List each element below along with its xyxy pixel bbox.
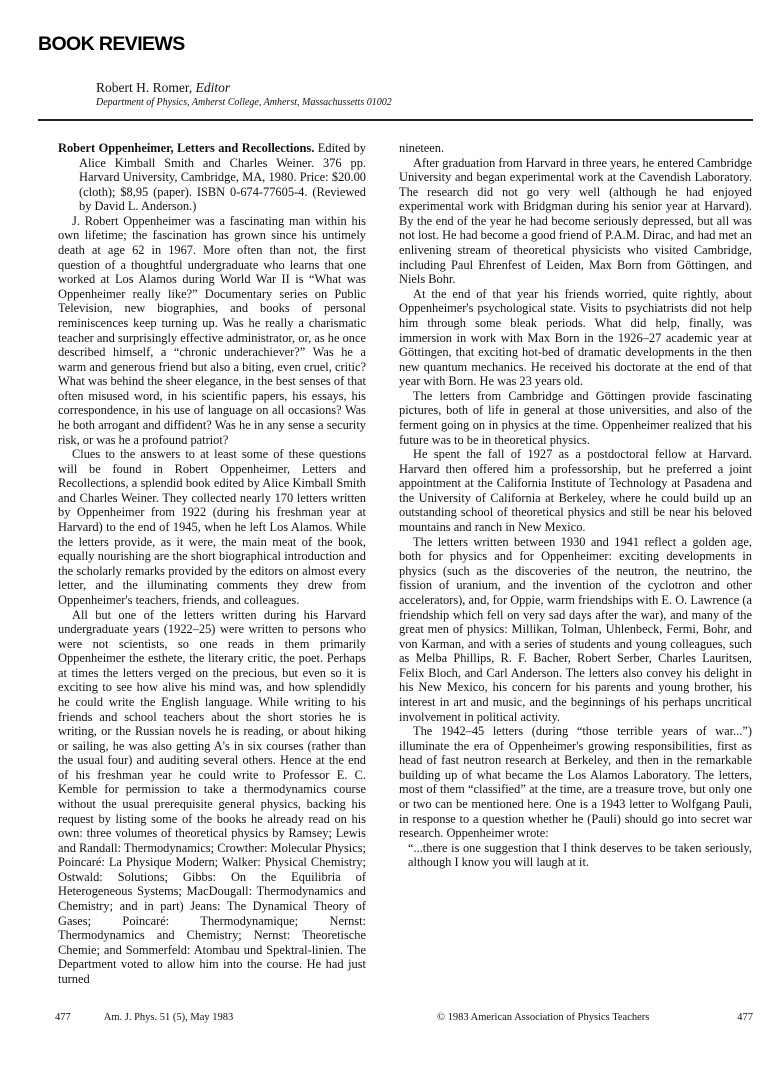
review-paragraph: J. Robert Oppenheimer was a fascinating … xyxy=(58,214,366,447)
review-paragraph: The letters written between 1930 and 194… xyxy=(399,535,752,725)
copyright-notice: © 1983 American Association of Physics T… xyxy=(437,1012,649,1023)
editor-line: Robert H. Romer, Editor xyxy=(96,80,230,96)
page-number-left: 477 xyxy=(55,1012,71,1023)
review-paragraph: All but one of the letters written durin… xyxy=(58,608,366,987)
review-paragraph: The 1942–45 letters (during “those terri… xyxy=(399,724,752,841)
block-quote: “...there is one suggestion that I think… xyxy=(399,841,752,870)
editor-role: Editor xyxy=(196,80,231,95)
review-paragraph: After graduation from Harvard in three y… xyxy=(399,156,752,287)
right-column: nineteen. After graduation from Harvard … xyxy=(399,141,752,870)
review-paragraph-continued: nineteen. xyxy=(399,141,752,156)
review-paragraph: He spent the fall of 1927 as a postdocto… xyxy=(399,447,752,534)
footer-right: © 1983 American Association of Physics T… xyxy=(437,1012,753,1023)
review-paragraph: The letters from Cambridge and Göttingen… xyxy=(399,389,752,447)
header-divider xyxy=(38,119,753,121)
book-heading: Robert Oppenheimer, Letters and Recollec… xyxy=(58,141,366,214)
review-paragraph: Clues to the answers to at least some of… xyxy=(58,447,366,607)
editor-department: Department of Physics, Amherst College, … xyxy=(96,97,392,108)
left-column: Robert Oppenheimer, Letters and Recollec… xyxy=(58,141,366,987)
editor-name: Robert H. Romer, xyxy=(96,80,196,95)
review-paragraph: At the end of that year his friends worr… xyxy=(399,287,752,389)
book-title: Robert Oppenheimer, Letters and Recollec… xyxy=(58,141,314,155)
page-number-right: 477 xyxy=(737,1012,753,1023)
section-title: BOOK REVIEWS xyxy=(38,33,185,56)
footer-left: 477Am. J. Phys. 51 (5), May 1983 xyxy=(55,1012,233,1023)
journal-citation: Am. J. Phys. 51 (5), May 1983 xyxy=(104,1012,234,1023)
